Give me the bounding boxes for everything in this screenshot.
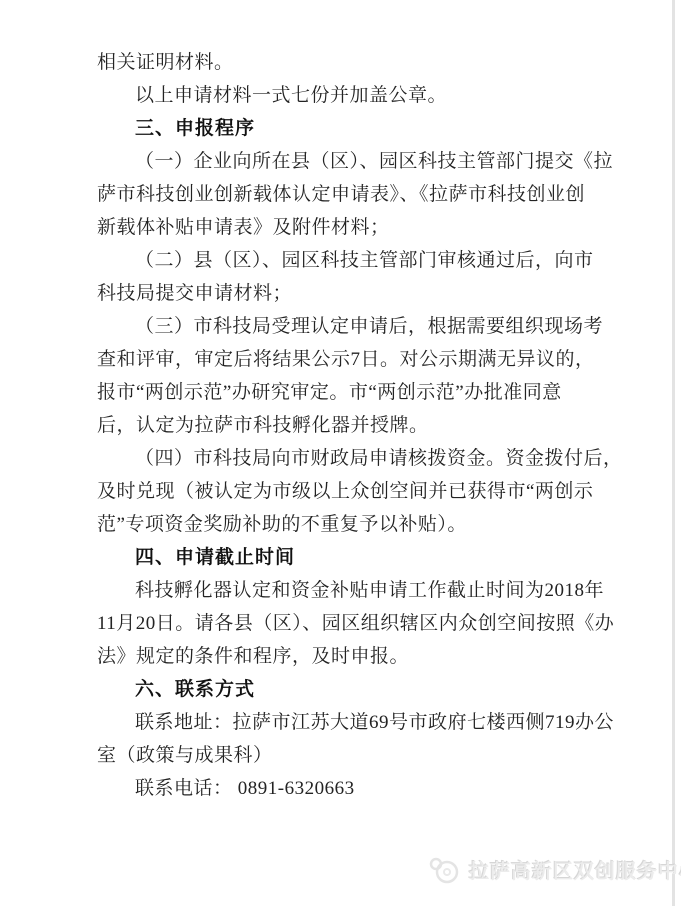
shuangchuang-service-center-logo-icon <box>428 856 460 884</box>
watermark: 拉萨高新区双创服务中心 <box>428 855 681 884</box>
section-heading: 六、联系方式 <box>97 673 597 706</box>
document-line: 及时兑现（被认定为市级以上众创空间并已获得市“两创示 <box>97 475 597 508</box>
watermark-text: 拉萨高新区双创服务中心 <box>469 855 681 884</box>
document-line: 后，认定为拉萨市科技孵化器并授牌。 <box>97 409 597 442</box>
document-line: 科技局提交申请材料； <box>97 277 597 310</box>
document-line: （一）企业向所在县（区）、园区科技主管部门提交《拉 <box>97 145 597 178</box>
document-line: （二）县（区）、园区科技主管部门审核通过后，向市 <box>97 244 597 277</box>
document-body: 相关证明材料。以上申请材料一式七份并加盖公章。三、申报程序（一）企业向所在县（区… <box>97 46 597 805</box>
document-line: （三）市科技局受理认定申请后，根据需要组织现场考 <box>97 310 597 343</box>
document-line: 科技孵化器认定和资金补贴申请工作截止时间为2018年 <box>97 574 597 607</box>
document-line: 联系地址：拉萨市江苏大道69号市政府七楼西侧719办公 <box>97 706 597 739</box>
document-line: 室（政策与成果科） <box>97 739 597 772</box>
document-line: 法》规定的条件和程序，及时申报。 <box>97 640 597 673</box>
document-line: 新载体补贴申请表》及附件材料； <box>97 211 597 244</box>
document-line: 报市“两创示范”办研究审定。市“两创示范”办批准同意 <box>97 376 597 409</box>
document-line: 相关证明材料。 <box>97 46 597 79</box>
document-line: 范”专项资金奖励补助的不重复予以补贴）。 <box>97 508 597 541</box>
document-line: 查和评审，审定后将结果公示7日。对公示期满无异议的， <box>97 343 597 376</box>
document-line: 11月20日。请各县（区）、园区组织辖区内众创空间按照《办 <box>97 607 597 640</box>
document-line: （四）市科技局向市财政局申请核拨资金。资金拨付后， <box>97 442 597 475</box>
section-heading: 三、申报程序 <box>97 112 597 145</box>
document-line: 以上申请材料一式七份并加盖公章。 <box>97 79 597 112</box>
document-line: 萨市科技创业创新载体认定申请表》、《拉萨市科技创业创 <box>97 178 597 211</box>
section-heading: 四、申请截止时间 <box>97 541 597 574</box>
page-edge-line <box>672 0 675 906</box>
document-line: 联系电话： 0891-6320663 <box>97 772 597 805</box>
document-page: 相关证明材料。以上申请材料一式七份并加盖公章。三、申报程序（一）企业向所在县（区… <box>0 0 681 906</box>
